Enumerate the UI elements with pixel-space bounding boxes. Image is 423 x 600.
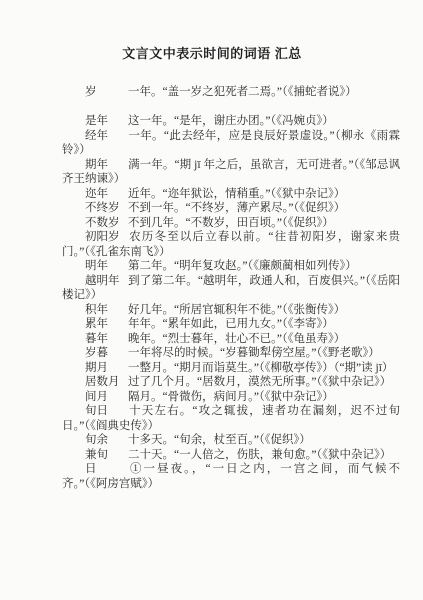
entry-term: 兼旬	[85, 448, 128, 463]
entry: 旬日十天左右。“攻之辄拔，速者功在漏刻，迟不过旬日。”（《阎典史传》）	[62, 404, 400, 433]
entry: 经年一年。“此去经年，应是良辰好景虚设。”（柳永《雨霖铃》）	[62, 129, 400, 158]
entry: 居数月过了几个月。“居数月，漠然无所事。”（《狱中杂记》）	[62, 375, 400, 390]
entry: 迩年近年。“迩年狱讼，情稍重。”（《狱中杂记》）	[62, 187, 400, 202]
entry-text: 不到一年。“不终岁，薄产累尽。”（《促织》）	[128, 202, 345, 214]
entry-term: 累年	[85, 317, 128, 332]
entry: 累年年年。“累年如此，已用九女。”（《李寄》）	[62, 317, 400, 332]
entry: 不数岁不到几年。“不数岁，田百顷。”（《促织》）	[62, 216, 400, 231]
entry-text: 十多天。“旬余，杖至百。”（《促织》）	[128, 434, 311, 446]
entry: 积年好几年。“所居官辄积年不徙。”（《张衡传》）	[62, 303, 400, 318]
entry-text: 近年。“迩年狱讼，情稍重。”（《狱中杂记》）	[128, 188, 345, 200]
entries-list: 岁一年。“盖一岁之犯死者二焉。”（《捕蛇者说》） 是年这一年。“是年，谢庄办团。…	[62, 85, 400, 491]
entry: 明年第二年。“明年复攻赵。”（《廉颇蔺相如列传》）	[62, 259, 400, 274]
entry-text: 隔月。“骨微伤，病间月。”（《狱中杂记》）	[128, 391, 334, 403]
entry-text: 第二年。“明年复攻赵。”（《廉颇蔺相如列传》）	[128, 260, 357, 272]
entry-text: 这一年。“是年，谢庄办团。”（《冯婉贞》）	[128, 115, 334, 127]
entry-term: 居数月	[85, 375, 128, 390]
entry-term: 间月	[85, 390, 128, 405]
entry: 期年满一年。“期 jī 年之后，虽欲言，无可进者。”（《邹忌讽齐王纳谏》）	[62, 158, 400, 187]
entry-text: 年年。“累年如此，已用九女。”（《李寄》）	[128, 318, 334, 330]
entry: 岁一年。“盖一岁之犯死者二焉。”（《捕蛇者说》）	[62, 85, 400, 100]
entry-term: 日	[85, 462, 128, 477]
entry-term: 明年	[85, 259, 128, 274]
entry-term: 岁	[85, 85, 128, 100]
entry: 是年这一年。“是年，谢庄办团。”（《冯婉贞》）	[62, 114, 400, 129]
page-title: 文言文中表示时间的词语 汇总	[43, 46, 381, 62]
entry-term: 迩年	[85, 187, 128, 202]
entry: 间月隔月。“骨微伤，病间月。”（《狱中杂记》）	[62, 390, 400, 405]
entry-text: 好几年。“所居官辄积年不徙。”（《张衡传》）	[128, 304, 345, 316]
entry: 越明年到了第二年。“越明年，政通人和，百废俱兴。”（《岳阳楼记》）	[62, 274, 400, 303]
entry: 暮年晚年。“烈士暮年，壮心不已。”（《龟虽寿》）	[62, 332, 400, 347]
entry-term: 期月	[85, 361, 128, 376]
entry-text: 一年。“盖一岁之犯死者二焉。”（《捕蛇者说》）	[128, 86, 357, 98]
entry: 初阳岁农历冬至以后立春以前。“往昔初阳岁，谢家来贵门。”（《孔雀东南飞》）	[62, 230, 400, 259]
entry-term: 岁暮	[85, 346, 128, 361]
entry: 日①一昼夜。，“一日之内，一宫之间，而气候不齐。”（《阿房宫赋》）	[62, 462, 400, 491]
entry-text: 二十天。“一人倍之，伤肤，兼旬愈。”（《狱中杂记》）	[128, 449, 391, 461]
entry-term: 是年	[85, 114, 128, 129]
entry-text: 不到几年。“不数岁，田百顷。”（《促织》）	[128, 217, 334, 229]
entry-text: 一整月。“期月而诣莫生。”（《柳敬亭传》）（“期”读 jī）	[128, 362, 393, 374]
entry-text: 过了几个月。“居数月，漠然无所事。”（《狱中杂记》）	[128, 376, 391, 388]
entry-term: 旬余	[85, 433, 128, 448]
entry: 岁暮一年将尽的时候。“岁暮锄犁傍空屋。”（《野老歌》）	[62, 346, 400, 361]
entry-term: 越明年	[85, 274, 128, 289]
entry: 不终岁不到一年。“不终岁，薄产累尽。”（《促织》）	[62, 201, 400, 216]
entry-term: 不数岁	[85, 216, 128, 231]
entry-term: 暮年	[85, 332, 128, 347]
entry-term: 不终岁	[85, 201, 128, 216]
entry: 兼旬二十天。“一人倍之，伤肤，兼旬愈。”（《狱中杂记》）	[62, 448, 400, 463]
entry-term: 积年	[85, 303, 128, 318]
entry-text: 一年将尽的时候。“岁暮锄犁傍空屋。”（《野老歌》）	[128, 347, 380, 359]
entry-term: 旬日	[85, 404, 128, 419]
entry-term: 经年	[85, 129, 128, 144]
entry-text: 晚年。“烈士暮年，壮心不已。”（《龟虽寿》）	[128, 333, 345, 345]
entry-term: 期年	[85, 158, 128, 173]
document-page: 文言文中表示时间的词语 汇总 岁一年。“盖一岁之犯死者二焉。”（《捕蛇者说》） …	[0, 0, 423, 600]
entry: 旬余十多天。“旬余，杖至百。”（《促织》）	[62, 433, 400, 448]
entry-term: 初阳岁	[85, 230, 128, 245]
entry: 期月一整月。“期月而诣莫生。”（《柳敬亭传》）（“期”读 jī）	[62, 361, 400, 376]
